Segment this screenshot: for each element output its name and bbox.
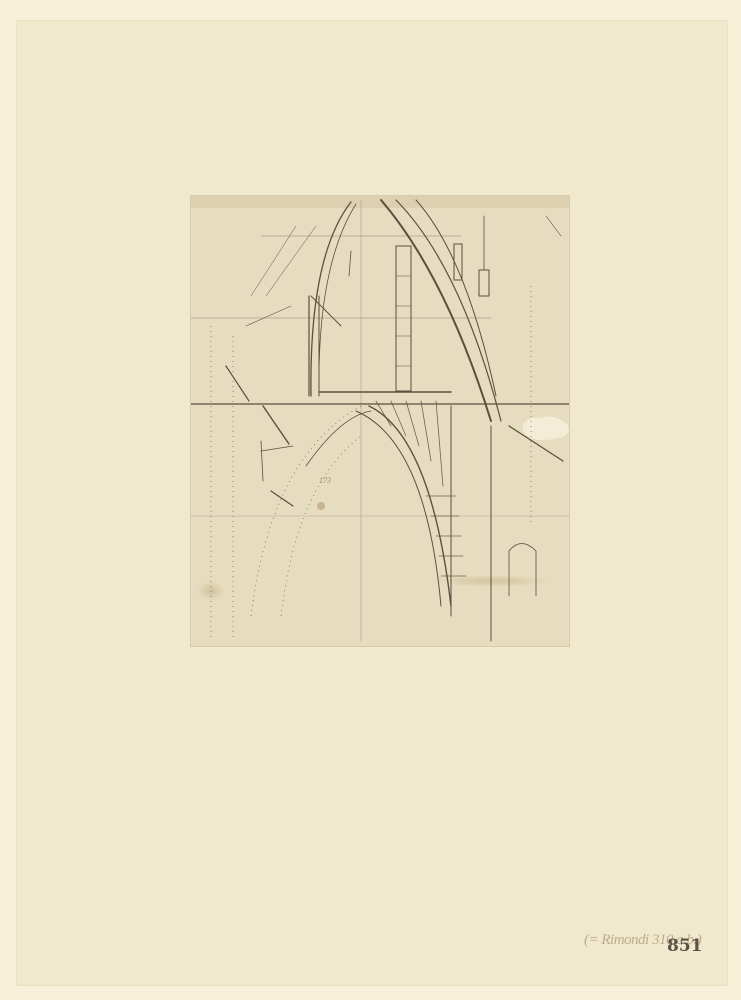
drawing-sheet: 173 [191, 196, 569, 646]
folio-number: 851 [667, 936, 703, 956]
sheet-number: 173 [319, 476, 331, 485]
architectural-sketch [191, 196, 569, 646]
